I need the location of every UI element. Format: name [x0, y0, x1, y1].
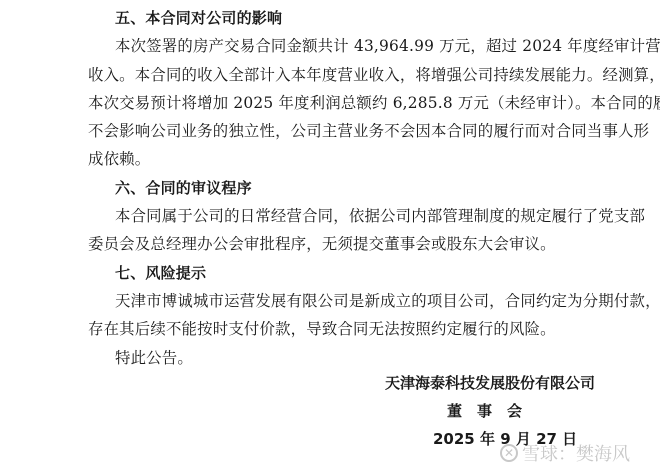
watermark-text: 雪球：樊海风 [522, 440, 630, 466]
snowball-logo-icon: ✕ [500, 444, 518, 462]
section-heading-impact: 五、本合同对公司的影响 [88, 4, 574, 32]
signature-company: 天津海泰科技发展股份有限公司 [385, 372, 595, 393]
section-heading-review: 六、合同的审议程序 [88, 174, 574, 202]
paragraph-line: 本次签署的房产交易合同金额共计 43,964.99 万元，超过 2024 年度经… [88, 32, 574, 60]
paragraph-line: 成依赖。 [88, 145, 574, 173]
paragraph-line: 收入。本合同的收入全部计入本年度营业收入，将增强公司持续发展能力。经测算， [88, 61, 574, 89]
section-heading-risk: 七、风险提示 [88, 259, 574, 287]
paragraph-line: 不会影响公司业务的独立性，公司主营业务不会因本合同的履行而对合同当事人形 [88, 117, 574, 145]
signature-board: 董 事 会 [447, 400, 522, 421]
closing-statement: 特此公告。 [88, 344, 574, 372]
paragraph-line: 存在其后续不能按时支付价款，导致合同无法按照约定履行的风险。 [88, 315, 574, 343]
paragraph-line: 委员会及总经理办公会审批程序，无须提交董事会或股东大会审议。 [88, 230, 574, 258]
paragraph-line: 本合同属于公司的日常经营合同，依据公司内部管理制度的规定履行了党支部 [88, 202, 574, 230]
announcement-body: 五、本合同对公司的影响 本次签署的房产交易合同金额共计 43,964.99 万元… [88, 4, 574, 372]
paragraph-line: 天津市博诚城市运营发展有限公司是新成立的项目公司，合同约定为分期付款， [88, 287, 574, 315]
watermark: ✕ 雪球：樊海风 [500, 440, 630, 466]
paragraph-line: 本次交易预计将增加 2025 年度利润总额约 6,285.8 万元（未经审计）。… [88, 89, 574, 117]
